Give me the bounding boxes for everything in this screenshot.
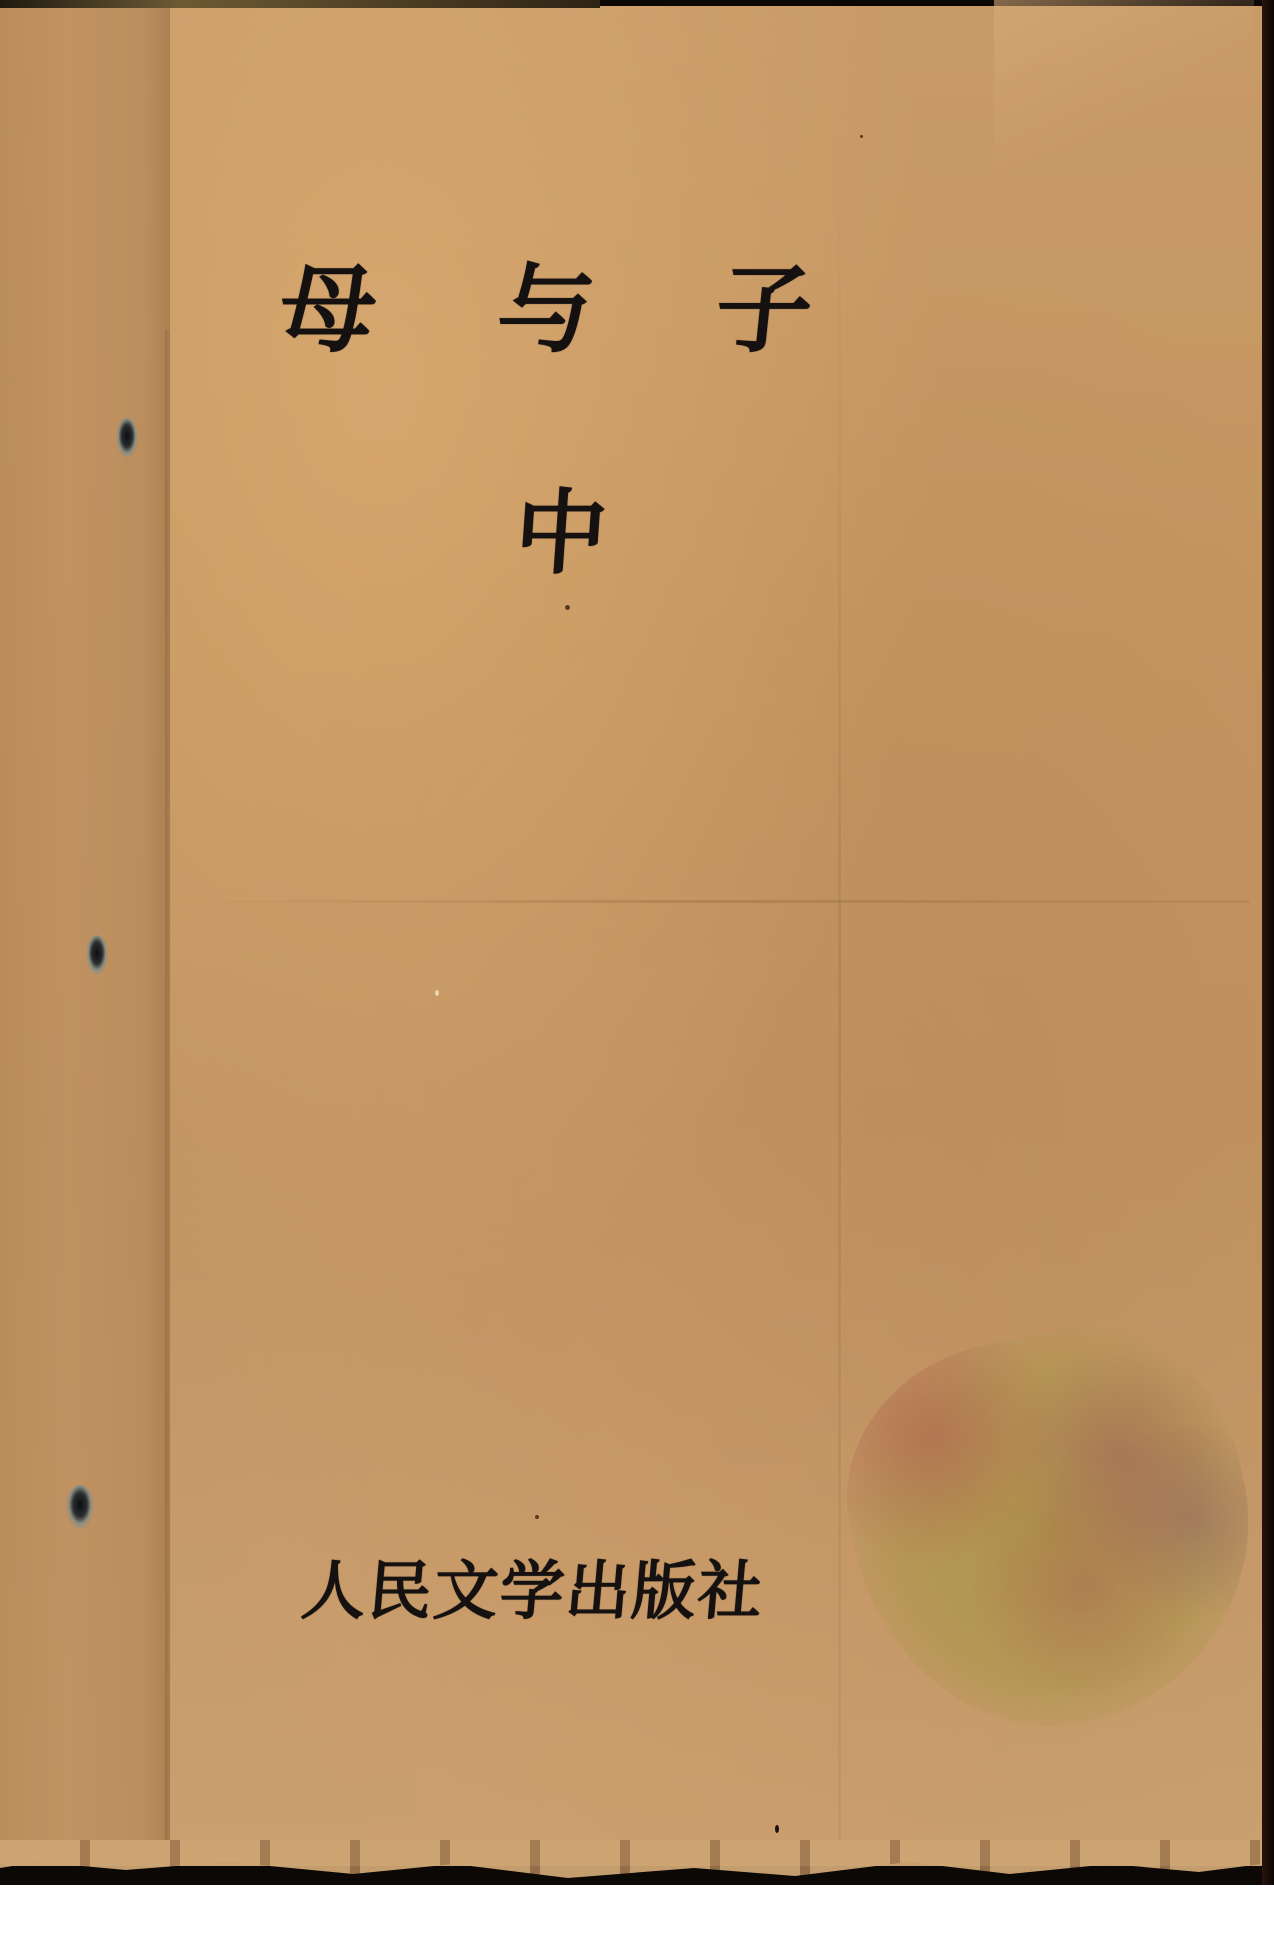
corner-crease	[994, 0, 1254, 180]
vertical-crease	[838, 120, 841, 1860]
title-char: 母	[275, 262, 381, 358]
ink-speck	[565, 605, 570, 610]
binding-hole-icon	[86, 935, 108, 975]
book-title: 母 与 子	[280, 262, 812, 358]
ink-speck	[435, 990, 439, 996]
spine-binding-strip	[0, 6, 170, 1861]
scanned-page: 母 与 子 中 人民文学出版社	[0, 0, 1274, 1885]
volume-label: 中	[512, 488, 610, 580]
publisher-name: 人民文学出版社	[299, 1560, 767, 1624]
title-char: 与	[493, 262, 599, 358]
ink-speck	[535, 1515, 539, 1519]
binding-hole-icon	[66, 1485, 94, 1529]
spine-edge-shadow	[165, 330, 171, 1860]
binding-hole-icon	[116, 418, 138, 458]
right-edge-shadow	[1262, 0, 1274, 1885]
horizontal-crease	[170, 900, 1250, 903]
frayed-bottom-edge	[0, 1840, 1262, 1880]
title-char: 子	[711, 262, 817, 358]
top-edge	[0, 0, 600, 8]
ink-speck	[775, 1825, 779, 1833]
ink-speck	[860, 135, 863, 138]
